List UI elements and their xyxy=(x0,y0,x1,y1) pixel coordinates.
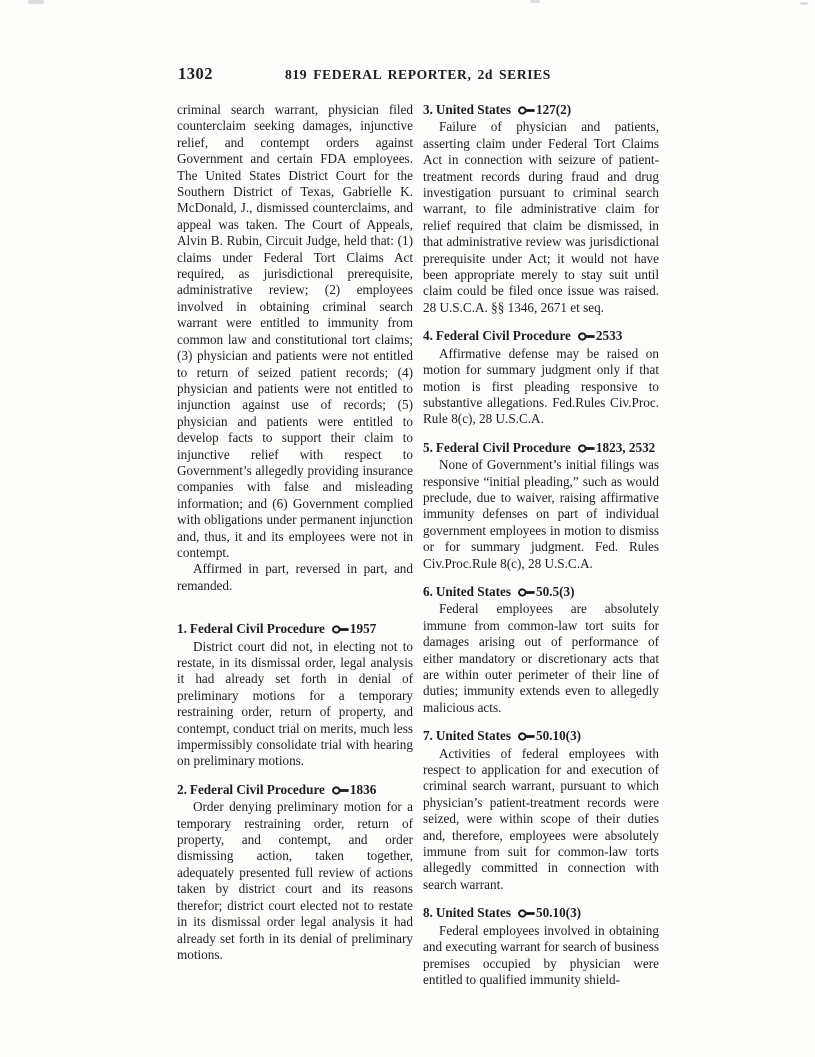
headnote-keynumber: 1836 xyxy=(350,782,376,797)
headnote-number: 2. xyxy=(177,782,187,797)
headnote-keynumber: 2533 xyxy=(596,328,622,343)
scan-artifact xyxy=(800,2,808,5)
headnote-topic: Federal Civil Procedure xyxy=(190,782,325,797)
headnote-heading: 3.United States127(2) xyxy=(423,102,659,118)
headnote-2: 2.Federal Civil Procedure1836 Order deny… xyxy=(177,782,413,963)
running-head: 1302 819 FEDERAL REPORTER, 2d SERIES xyxy=(177,66,659,90)
headnote-topic: Federal Civil Procedure xyxy=(436,328,571,343)
headnote-1: 1.Federal Civil Procedure1957 District c… xyxy=(177,621,413,770)
headnote-body: Activities of federal employees with res… xyxy=(423,746,659,894)
headnote-topic: United States xyxy=(436,905,511,920)
headnote-number: 6. xyxy=(423,584,433,599)
headnote-body: Order denying preliminary motion for a t… xyxy=(177,799,413,963)
key-number-icon xyxy=(518,102,535,118)
headnote-5: 5.Federal Civil Procedure1823, 2532 None… xyxy=(423,440,659,572)
key-number-icon xyxy=(332,782,349,798)
headnote-body: Affirmative defense may be raised on mot… xyxy=(423,346,659,428)
scan-artifact xyxy=(530,0,540,3)
page-number: 1302 xyxy=(178,64,213,84)
headnote-number: 5. xyxy=(423,440,433,455)
key-number-icon xyxy=(518,584,535,600)
headnote-heading: 7.United States50.10(3) xyxy=(423,728,659,744)
headnote-body: Failure of physician and patients, asser… xyxy=(423,119,659,316)
key-number-icon xyxy=(578,328,595,344)
headnote-4: 4.Federal Civil Procedure2533 Affirmativ… xyxy=(423,328,659,427)
headnote-keynumber: 1823, 2532 xyxy=(596,440,655,455)
headnote-number: 1. xyxy=(177,621,187,636)
series-title: 819 FEDERAL REPORTER, 2d SERIES xyxy=(285,67,551,82)
headnote-keynumber: 50.10(3) xyxy=(536,905,581,920)
headnote-keynumber: 50.10(3) xyxy=(536,728,581,743)
headnote-number: 7. xyxy=(423,728,433,743)
headnote-topic: United States xyxy=(436,102,511,117)
headnote-body: Federal employees are absolutely immune … xyxy=(423,601,659,716)
headnote-heading: 5.Federal Civil Procedure1823, 2532 xyxy=(423,440,659,456)
headnote-keynumber: 127(2) xyxy=(536,102,571,117)
right-column: 3.United States127(2) Failure of physici… xyxy=(423,102,659,988)
headnote-keynumber: 50.5(3) xyxy=(536,584,574,599)
key-number-icon xyxy=(332,621,349,637)
headnote-topic: United States xyxy=(436,728,511,743)
two-column-body: criminal search warrant, physician filed… xyxy=(177,102,659,988)
headnote-body: Federal employees involved in obtaining … xyxy=(423,923,659,989)
headnote-topic: United States xyxy=(436,584,511,599)
headnote-topic: Federal Civil Procedure xyxy=(436,440,571,455)
left-column: criminal search warrant, physician filed… xyxy=(177,102,413,988)
syllabus-continuation-paragraph: criminal search warrant, physician filed… xyxy=(177,102,413,561)
headnote-body: None of Government’s initial filings was… xyxy=(423,457,659,572)
headnote-heading: 2.Federal Civil Procedure1836 xyxy=(177,782,413,798)
page-content: 1302 819 FEDERAL REPORTER, 2d SERIES cri… xyxy=(177,66,659,988)
headnote-6: 6.United States50.5(3) Federal employees… xyxy=(423,584,659,716)
headnote-3: 3.United States127(2) Failure of physici… xyxy=(423,102,659,316)
headnote-heading: 6.United States50.5(3) xyxy=(423,584,659,600)
headnote-number: 3. xyxy=(423,102,433,117)
headnote-keynumber: 1957 xyxy=(350,621,376,636)
headnote-8: 8.United States50.10(3) Federal employee… xyxy=(423,905,659,988)
headnote-heading: 1.Federal Civil Procedure1957 xyxy=(177,621,413,637)
scan-artifact xyxy=(28,0,44,4)
headnote-body: District court did not, in electing not … xyxy=(177,639,413,770)
headnote-number: 8. xyxy=(423,905,433,920)
disposition-paragraph: Affirmed in part, reversed in part, and … xyxy=(177,561,413,594)
headnote-topic: Federal Civil Procedure xyxy=(190,621,325,636)
key-number-icon xyxy=(518,905,535,921)
headnote-7: 7.United States50.10(3) Activities of fe… xyxy=(423,728,659,893)
headnote-number: 4. xyxy=(423,328,433,343)
headnote-heading: 4.Federal Civil Procedure2533 xyxy=(423,328,659,344)
key-number-icon xyxy=(578,440,595,456)
key-number-icon xyxy=(518,728,535,744)
headnote-heading: 8.United States50.10(3) xyxy=(423,905,659,921)
reporter-page: 1302 819 FEDERAL REPORTER, 2d SERIES cri… xyxy=(0,0,815,1057)
